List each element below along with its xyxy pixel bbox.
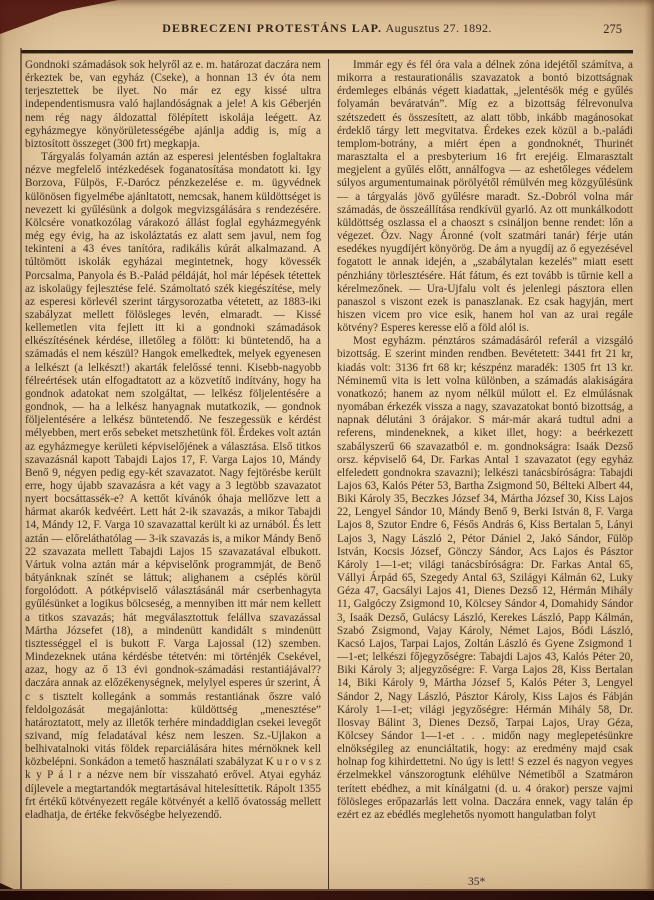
paragraph: Tárgyalás folyamán aztán az esperesi jel…: [25, 151, 321, 822]
scan-right-shadow: [644, 0, 654, 900]
article-body: Gondnoki számadások sok helyről az e. m.…: [0, 53, 654, 891]
masthead-date: Augusztus 27. 1892.: [386, 21, 492, 35]
masthead: DEBRECZENI PROTESTÁNS LAP. Augusztus 27.…: [0, 21, 654, 36]
masthead-title: DEBRECZENI PROTESTÁNS LAP.: [162, 21, 382, 35]
paragraph: Immár egy és fél óra vala a délnek zóna …: [337, 59, 633, 335]
page-number: 275: [603, 22, 622, 37]
left-column: Gondnoki számadások sok helyről az e. m.…: [25, 59, 328, 891]
paragraph: Gondnoki számadások sok helyről az e. m.…: [25, 59, 321, 151]
page-header: DEBRECZENI PROTESTÁNS LAP. Augusztus 27.…: [0, 0, 654, 48]
scan-fold-line: [20, 48, 22, 890]
scan-bottom-edge: [0, 889, 654, 900]
right-column: Immár egy és fél óra vala a délnek zóna …: [329, 59, 633, 891]
signature-mark: 35*: [468, 876, 485, 888]
newspaper-page: DEBRECZENI PROTESTÁNS LAP. Augusztus 27.…: [0, 0, 654, 900]
paragraph: Most egyházm. pénztáros számadásáról ref…: [337, 335, 633, 822]
